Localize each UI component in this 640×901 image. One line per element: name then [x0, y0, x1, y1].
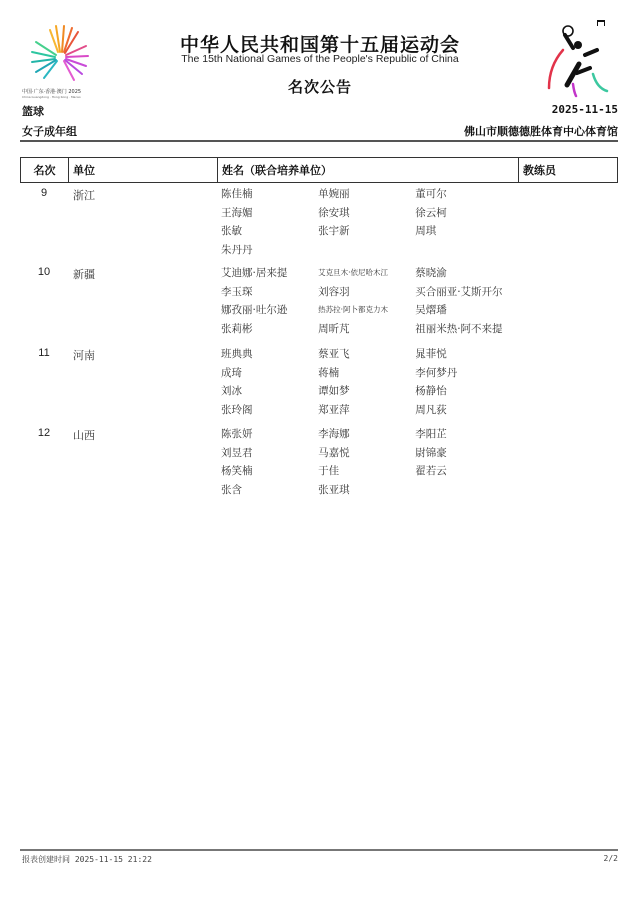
athlete-name: 张玲阁	[221, 403, 318, 422]
athlete-name: 祖丽米热·阿不来提	[415, 322, 521, 341]
column-header-unit: 单位	[69, 158, 218, 182]
athlete-name: 李何梦丹	[415, 366, 521, 385]
athlete-name: 陈佳楠	[221, 187, 318, 206]
athlete-name: 周凡荻	[415, 403, 521, 422]
venue-label: 佛山市顺德德胜体育中心体育馆	[464, 123, 618, 139]
athlete-name: 班典典	[221, 347, 318, 366]
athlete-name	[318, 243, 415, 262]
unit-value: 山西	[73, 427, 95, 443]
date-label: 2025-11-15	[552, 103, 618, 116]
results-table-header: 名次 单位 姓名（联合培养单位） 教练员	[20, 157, 618, 183]
sport-label: 篮球	[22, 103, 44, 119]
athlete-name: 马嘉悦	[318, 446, 415, 465]
rank-value: 11	[20, 347, 68, 359]
athlete-name	[415, 243, 521, 262]
athlete-name: 尉锦豪	[415, 446, 521, 465]
athlete-name: 翟若云	[415, 464, 521, 483]
athlete-name: 蔡晓渝	[415, 266, 521, 285]
page-title: 名次公告	[0, 76, 640, 97]
report-created-value: 2025-11-15 21:22	[75, 855, 152, 864]
athlete-name: 于佳	[318, 464, 415, 483]
column-header-names: 姓名（联合培养单位）	[218, 158, 519, 182]
column-header-rank: 名次	[21, 158, 69, 182]
athlete-names: 艾迪娜·居来提艾克旦木·依尼哈木江蔡晓渝 李玉琛刘容羽买合丽亚·艾斯开尔 娜孜丽…	[221, 266, 521, 340]
athlete-name: 刘冰	[221, 384, 318, 403]
athlete-name: 李玉琛	[221, 285, 318, 304]
athlete-name: 张莉彬	[221, 322, 318, 341]
athlete-name: 蒋楠	[318, 366, 415, 385]
athlete-name: 董可尔	[415, 187, 521, 206]
rank-value: 10	[20, 266, 68, 278]
page-number: 2/2	[604, 854, 618, 863]
athlete-name: 李阳芷	[415, 427, 521, 446]
rank-value: 12	[20, 427, 68, 439]
athlete-names: 班典典蔡亚飞晁菲悦 成琦蒋楠李何梦丹 刘冰谭如梦杨静怡 张玲阁郑亚萍周凡荻	[221, 347, 521, 421]
rank-value: 9	[20, 187, 68, 199]
athlete-name: 张宇新	[318, 224, 415, 243]
athlete-name: 李海娜	[318, 427, 415, 446]
header-divider	[20, 140, 618, 142]
footer-divider	[20, 849, 618, 851]
athlete-name: 成琦	[221, 366, 318, 385]
athlete-name: 杨笑楠	[221, 464, 318, 483]
athlete-name: 蔡亚飞	[318, 347, 415, 366]
athlete-name: 单婉丽	[318, 187, 415, 206]
athlete-name: 艾克旦木·依尼哈木江	[318, 266, 415, 285]
unit-value: 浙江	[73, 187, 95, 203]
athlete-name: 吴熠璠	[415, 303, 521, 322]
athlete-name: 娜孜丽·吐尔逊	[221, 303, 318, 322]
athlete-name: 周琪	[415, 224, 521, 243]
athlete-name: 徐云柯	[415, 206, 521, 225]
athlete-name	[415, 483, 521, 502]
event-group-label: 女子成年组	[22, 123, 77, 139]
unit-value: 河南	[73, 347, 95, 363]
games-title-english: The 15th National Games of the People's …	[0, 53, 640, 65]
athlete-name: 谭如梦	[318, 384, 415, 403]
athlete-name: 张亚琪	[318, 483, 415, 502]
unit-value: 新疆	[73, 266, 95, 282]
athlete-name: 热苏拉·阿卜都克力木	[318, 303, 415, 322]
athlete-names: 陈佳楠单婉丽董可尔 王海媚徐安琪徐云柯 张敏张宇新周琪 朱丹丹	[221, 187, 521, 261]
athlete-name: 杨静怡	[415, 384, 521, 403]
athlete-name: 艾迪娜·居来提	[221, 266, 318, 285]
athlete-name: 买合丽亚·艾斯开尔	[415, 285, 521, 304]
athlete-name: 刘昱君	[221, 446, 318, 465]
report-created-time: 报表创建时间 2025-11-15 21:22	[22, 854, 152, 865]
athlete-name: 徐安琪	[318, 206, 415, 225]
column-header-coach: 教练员	[519, 158, 617, 182]
athlete-name: 张敏	[221, 224, 318, 243]
athlete-name: 郑亚萍	[318, 403, 415, 422]
athlete-name: 朱丹丹	[221, 243, 318, 262]
athlete-name: 周昕芃	[318, 322, 415, 341]
athlete-name: 晁菲悦	[415, 347, 521, 366]
athlete-names: 陈张妍李海娜李阳芷 刘昱君马嘉悦尉锦豪 杨笑楠于佳翟若云 张含张亚琪	[221, 427, 521, 501]
report-created-label: 报表创建时间	[22, 855, 70, 864]
athlete-name: 陈张妍	[221, 427, 318, 446]
athlete-name: 张含	[221, 483, 318, 502]
athlete-name: 刘容羽	[318, 285, 415, 304]
athlete-name: 王海媚	[221, 206, 318, 225]
